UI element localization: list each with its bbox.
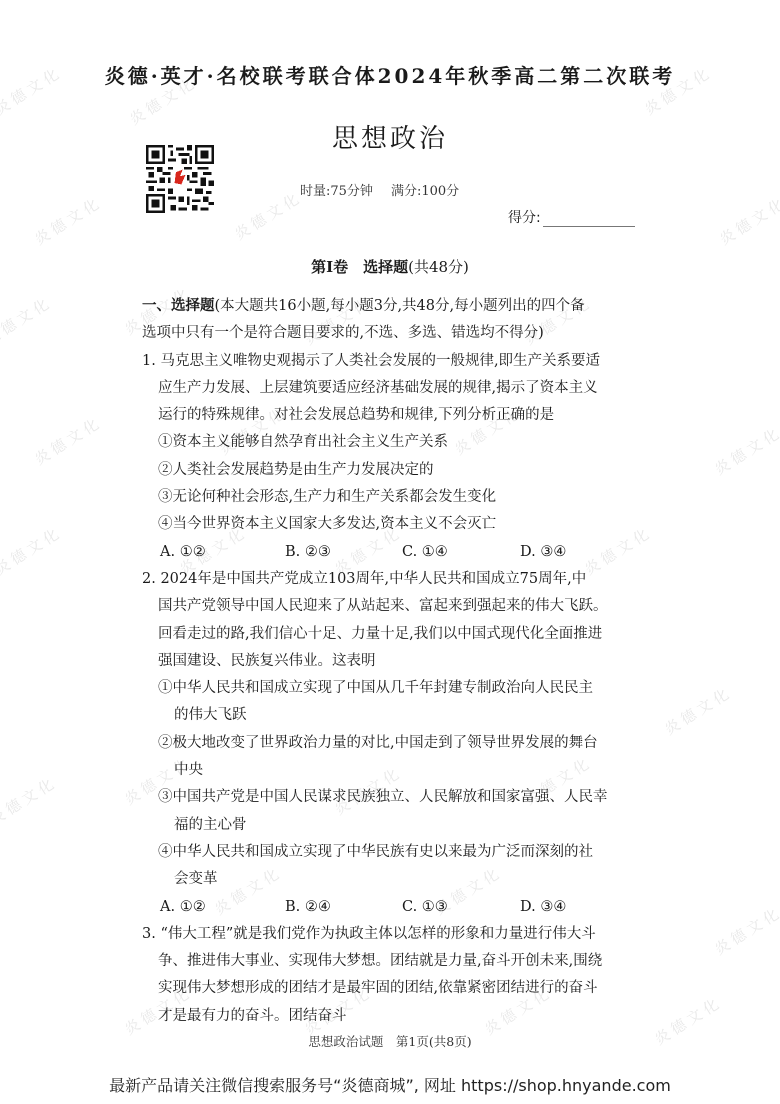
watermark: 炎德文化 [30,411,106,469]
question-stem-line: 回看走过的路,我们信心十足、力量十足,我们以中国式现代化全面推进 [142,621,642,648]
time-limit: 时量:75分钟 [300,184,373,199]
qr-code-icon [146,145,214,213]
watermark: 炎德文化 [660,681,736,739]
question-stem-line: 应生产力发展、上层建筑要适应经济基础发展的规律,揭示了资本主义 [142,375,642,402]
statement-2: ②人类社会发展趋势是由生产力发展决定的 [142,457,642,484]
question-stem-line: 争、推进伟大事业、实现伟大梦想。团结就是力量,奋斗开创未来,围绕 [142,948,642,975]
statement-3-cont: 福的主心骨 [142,812,642,839]
watermark: 炎德文化 [230,186,306,244]
statement-4-cont: 会变革 [142,866,642,893]
option-a[interactable]: A. ①② [160,539,206,566]
promo-banner: 最新产品请关注微信搜索服务号“炎德商城”, 网址 https://shop.hn… [0,1073,780,1096]
instructions-line: 一、选择题(本大题共16小题,每小题3分,共48分,每小题列出的四个备 [142,292,642,320]
watermark: 炎德文化 [0,771,61,829]
option-a[interactable]: A. ①② [160,894,206,921]
question-stem-line: 运行的特殊规律。对社会发展总趋势和规律,下列分析正确的是 [142,402,642,429]
statement-1: ①资本主义能够自然孕育出社会主义生产关系 [142,429,642,456]
question-stem-line: 国共产党领导中国人民迎来了从站起来、富起来到强起来的伟大飞跃。 [142,593,642,620]
statement-3: ③中国共产党是中国人民谋求民族独立、人民解放和国家富强、人民幸 [142,784,642,811]
score-label: 得分: [508,210,541,226]
statement-4: ④当今世界资本主义国家大多发达,资本主义不会灭亡 [142,511,642,538]
statement-2: ②极大地改变了世界政治力量的对比,中国走到了领导世界发展的舞台 [142,730,642,757]
watermark: 炎德文化 [0,521,66,579]
question-3: 3. “伟大工程”就是我们党作为执政主体以怎样的形象和力量进行伟大斗 争、推进伟… [142,921,642,1030]
option-d[interactable]: D. ③④ [520,539,566,566]
option-c[interactable]: C. ①④ [402,539,448,566]
watermark: 炎德文化 [710,421,780,479]
statement-2-cont: 中央 [142,757,642,784]
section-points: (共48分) [408,258,469,276]
watermark: 炎德文化 [0,291,56,349]
question-stem-line: 2. 2024年是中国共产党成立103周年,中华人民共和国成立75周年,中 [142,566,642,593]
statement-4: ④中华人民共和国成立实现了中华民族有史以来最为广泛而深刻的社 [142,839,642,866]
option-d[interactable]: D. ③④ [520,894,566,921]
option-b[interactable]: B. ②④ [285,894,331,921]
instructions-line: 选项中只有一个是符合题目要求的,不选、多选、错选均不得分) [142,320,642,347]
question-stem-line: 实现伟大梦想形成的团结才是最牢固的团结,依靠紧密团结进行的奋斗 [142,975,642,1002]
question-stem-line: 才是最有力的奋斗。团结奋斗 [142,1003,642,1030]
question-2: 2. 2024年是中国共产党成立103周年,中华人民共和国成立75周年,中 国共… [142,566,642,921]
score-blank[interactable] [543,212,635,227]
section-title: 第Ⅰ卷 选择题(共48分) [0,256,780,277]
option-b[interactable]: B. ②③ [285,539,331,566]
answer-options: A. ①② B. ②③ C. ①④ D. ③④ [142,539,642,566]
statement-1-cont: 的伟大飞跃 [142,702,642,729]
statement-1: ①中华人民共和国成立实现了中国从几千年封建专制政治向人民民主 [142,675,642,702]
score-field[interactable]: 得分: [508,207,635,227]
question-stem-line: 1. 马克思主义唯物史观揭示了人类社会发展的一般规律,即生产关系要适 [142,348,642,375]
question-stem-line: 强国建设、民族复兴伟业。这表明 [142,648,642,675]
question-stem-line: 3. “伟大工程”就是我们党作为执政主体以怎样的形象和力量进行伟大斗 [142,921,642,948]
page-footer: 思想政治试题 第1页(共8页) [0,1032,780,1050]
subject-title: 思想政治 [0,118,780,155]
question-content: 一、选择题(本大题共16小题,每小题3分,共48分,每小题列出的四个备 选项中只… [142,292,642,1030]
instructions-text: (本大题共16小题,每小题3分,共48分,每小题列出的四个备 [215,298,585,314]
question-1: 1. 马克思主义唯物史观揭示了人类社会发展的一般规律,即生产关系要适 应生产力发… [142,348,642,566]
watermark: 炎德文化 [30,191,106,249]
watermark: 炎德文化 [715,191,780,249]
statement-3: ③无论何种社会形态,生产力和生产关系都会发生变化 [142,484,642,511]
instructions-heading: 一、选择题 [142,297,215,314]
section-title-bold: 第Ⅰ卷 选择题 [311,258,408,276]
exam-meta: 时量:75分钟满分:100分 [300,180,477,199]
option-c[interactable]: C. ①③ [402,894,448,921]
full-score: 满分:100分 [391,184,459,199]
watermark: 炎德文化 [710,901,780,959]
answer-options: A. ①② B. ②④ C. ①③ D. ③④ [142,894,642,921]
exam-title: 炎德·英才·名校联考联合体2024年秋季高二第二次联考 [0,60,780,89]
